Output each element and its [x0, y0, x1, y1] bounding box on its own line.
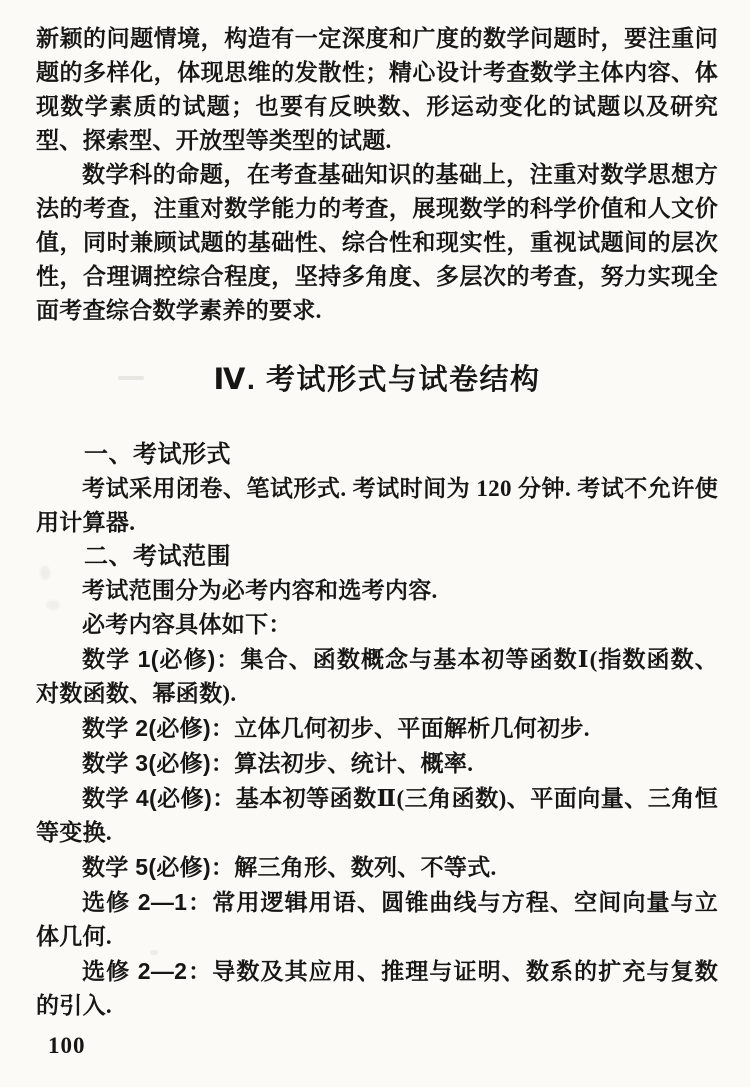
subheading-exam-scope: 二、考试范围: [36, 540, 718, 574]
list-item-text: 解三角形、数列、不等式.: [234, 855, 496, 880]
list-item-math4: 数学 4(必修)：基本初等函数Ⅱ(三角函数)、平面向量、三角恒等变换.: [36, 781, 718, 850]
list-item-text: 立体几何初步、平面解析几何初步.: [234, 716, 590, 741]
paragraph-exam-principles: 数学科的命题，在考查基础知识的基础上，注重对数学思想方法的考查，注重对数学能力的…: [36, 158, 718, 328]
paragraph-exam-scope: 考试范围分为必考内容和选考内容.: [36, 574, 718, 608]
page-number: 100: [36, 1029, 718, 1063]
scanned-document-page: 新颖的问题情境，构造有一定深度和广度的数学问题时，要注重问题的多样化，体现思维的…: [0, 0, 750, 1087]
list-item-lead: 数学 4(必修)：: [82, 785, 236, 811]
list-item-lead: 数学 3(必修)：: [82, 750, 234, 776]
section-heading: Ⅳ. 考试形式与试卷结构: [36, 360, 718, 400]
list-item-math5: 数学 5(必修)：解三角形、数列、不等式.: [36, 850, 718, 885]
list-item-elective-2-2: 选修 2—2：导数及其应用、推理与证明、数系的扩充与复数的引入.: [36, 954, 718, 1023]
list-item-math1: 数学 1(必修)：集合、函数概念与基本初等函数Ⅰ(指数函数、对数函数、幂函数).: [36, 642, 718, 711]
list-item-lead: 数学 5(必修)：: [82, 854, 234, 880]
paragraph-required-content-intro: 必考内容具体如下：: [36, 608, 718, 642]
list-item-lead: 选修 2—2：: [82, 958, 212, 984]
list-item-elective-2-1: 选修 2—1：常用逻辑用语、圆锥曲线与方程、空间向量与立体几何.: [36, 885, 718, 954]
list-item-math2: 数学 2(必修)：立体几何初步、平面解析几何初步.: [36, 711, 718, 746]
list-item-lead: 选修 2—1：: [82, 889, 212, 915]
list-item-text: 算法初步、统计、概率.: [234, 751, 473, 776]
subheading-exam-format: 一、考试形式: [36, 438, 718, 472]
list-item-lead: 数学 2(必修)：: [82, 715, 234, 741]
paragraph-exam-format: 考试采用闭卷、笔试形式. 考试时间为 120 分钟. 考试不允许使用计算器.: [36, 472, 718, 540]
paragraph-continuation: 新颖的问题情境，构造有一定深度和广度的数学问题时，要注重问题的多样化，体现思维的…: [36, 22, 718, 158]
list-item-math3: 数学 3(必修)：算法初步、统计、概率.: [36, 746, 718, 781]
list-item-lead: 数学 1(必修)：: [82, 646, 241, 672]
